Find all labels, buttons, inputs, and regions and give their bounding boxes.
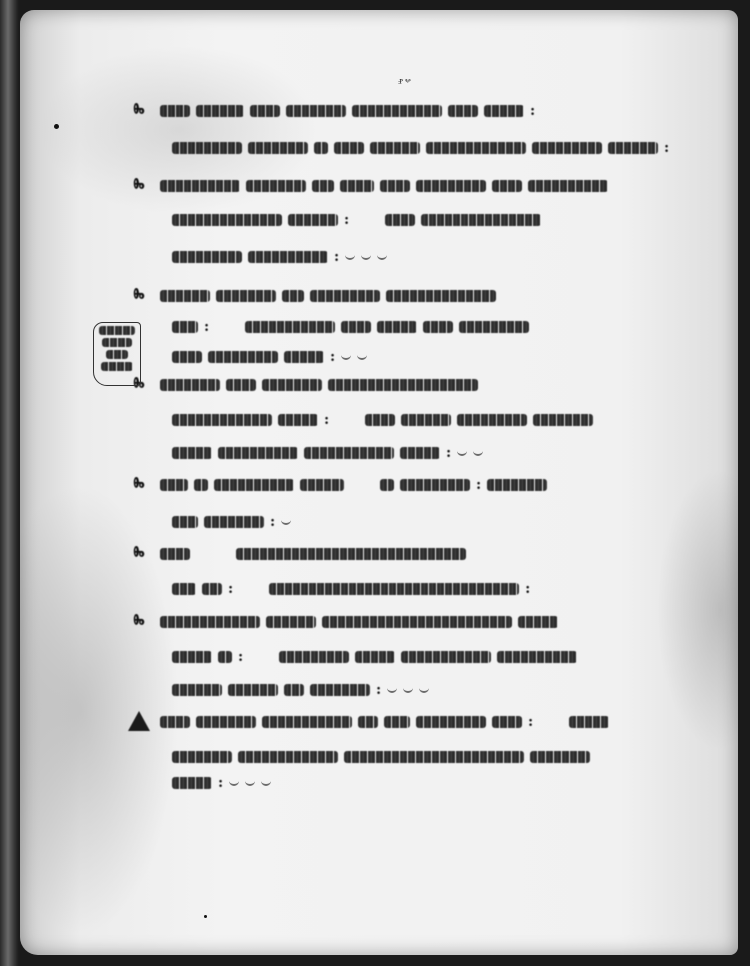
glagolitic-word (262, 379, 322, 391)
manuscript-line: : (160, 478, 547, 492)
glagolitic-word (533, 414, 593, 426)
punctuation-mark: : (334, 249, 339, 265)
punctuation-mark: : (376, 682, 381, 698)
glagolitic-word (172, 777, 212, 789)
paragraph-initial: ⰸ (128, 285, 150, 305)
glagolitic-word (248, 142, 308, 154)
glagolitic-word (172, 351, 202, 363)
punctuation-mark: : (270, 514, 275, 530)
manuscript-line: : (172, 213, 541, 227)
glagolitic-word (284, 351, 324, 363)
manuscript-line (160, 615, 558, 629)
glagolitic-word (400, 479, 470, 491)
glagolitic-word (246, 180, 306, 192)
line-filler-mark (387, 688, 397, 693)
glagolitic-word (492, 180, 522, 192)
glagolitic-word (518, 616, 558, 628)
glagolitic-word (248, 251, 328, 263)
glagolitic-word (196, 105, 244, 117)
glagolitic-word (423, 321, 453, 333)
manuscript-line: : (172, 413, 593, 427)
margin-note-word (106, 350, 128, 359)
glagolitic-word (194, 479, 208, 491)
line-filler-mark (281, 520, 291, 525)
ink-spot (54, 124, 59, 129)
glagolitic-word (358, 716, 378, 728)
glagolitic-word (370, 142, 420, 154)
line-filler-mark (261, 781, 271, 786)
glagolitic-word (204, 516, 264, 528)
glagolitic-word (314, 142, 328, 154)
folio-number: ⱀⰲ (398, 78, 413, 88)
punctuation-mark: : (530, 103, 535, 119)
manuscript-line: : (172, 320, 529, 334)
manuscript-line: : (160, 104, 535, 118)
line-filler-mark (361, 255, 371, 260)
glagolitic-word (160, 479, 188, 491)
glagolitic-word (172, 684, 222, 696)
glagolitic-word (172, 516, 198, 528)
line-filler-mark (229, 781, 239, 786)
margin-note-word (102, 338, 132, 347)
glagolitic-word (172, 251, 242, 263)
glagolitic-word (300, 479, 344, 491)
glagolitic-word (530, 751, 590, 763)
glagolitic-word (288, 214, 338, 226)
glagolitic-word (250, 105, 280, 117)
punctuation-mark: : (228, 581, 233, 597)
punctuation-mark: : (324, 412, 329, 428)
glagolitic-word (352, 105, 442, 117)
glagolitic-word (380, 180, 410, 192)
manuscript-line: : (172, 650, 577, 664)
glagolitic-word (532, 142, 602, 154)
glagolitic-word (160, 290, 210, 302)
line-filler-mark (377, 255, 387, 260)
glagolitic-word (282, 290, 304, 302)
glagolitic-word (266, 616, 316, 628)
glagolitic-word (160, 379, 220, 391)
manuscript-line: : (172, 515, 291, 529)
glagolitic-word (608, 142, 658, 154)
glagolitic-word (344, 751, 524, 763)
glagolitic-word (426, 142, 526, 154)
glagolitic-word (172, 651, 212, 663)
glagolitic-word (459, 321, 529, 333)
glagolitic-word (286, 105, 346, 117)
paragraph-initial: ⰸ (128, 175, 150, 195)
glagolitic-word (269, 583, 519, 595)
glagolitic-word (196, 716, 256, 728)
glagolitic-word (340, 180, 374, 192)
punctuation-mark: : (476, 477, 481, 493)
line-filler-mark (357, 355, 367, 360)
paragraph-initial: ⰸ (128, 474, 150, 494)
margin-note-word (99, 326, 135, 335)
manuscript-line: : (172, 250, 387, 264)
glagolitic-word (377, 321, 417, 333)
glagolitic-word (416, 180, 486, 192)
glagolitic-word (202, 583, 222, 595)
line-filler-mark (345, 255, 355, 260)
glagolitic-word (421, 214, 541, 226)
glagolitic-word (226, 379, 256, 391)
paragraph-initial (128, 711, 150, 731)
glagolitic-word (380, 479, 394, 491)
punctuation-mark: : (330, 349, 335, 365)
glagolitic-word (228, 684, 278, 696)
line-filler-mark (473, 451, 483, 456)
manuscript-line: : (172, 350, 367, 364)
punctuation-mark: : (664, 140, 669, 156)
glagolitic-word (172, 583, 196, 595)
punctuation-mark: : (218, 775, 223, 791)
manuscript-line (160, 547, 466, 561)
glagolitic-word (385, 214, 415, 226)
glagolitic-word (304, 447, 394, 459)
glagolitic-word (484, 105, 524, 117)
glagolitic-word (172, 414, 272, 426)
manuscript-line: : (172, 446, 483, 460)
glagolitic-word (236, 548, 466, 560)
manuscript-line (160, 179, 608, 193)
glagolitic-word (341, 321, 371, 333)
line-filler-mark (457, 451, 467, 456)
margin-note (93, 322, 141, 386)
manuscript-line: : (172, 141, 669, 155)
paragraph-initial: ⰸ (128, 100, 150, 120)
glagolitic-word (355, 651, 395, 663)
punctuation-mark: : (446, 445, 451, 461)
glagolitic-word (172, 214, 282, 226)
glagolitic-word (245, 321, 335, 333)
glagolitic-word (492, 716, 522, 728)
ink-spot (204, 915, 207, 918)
glagolitic-word (312, 180, 334, 192)
manuscript-line (160, 378, 478, 392)
glagolitic-word (386, 290, 496, 302)
glagolitic-word (172, 751, 232, 763)
glagolitic-word (322, 616, 512, 628)
glagolitic-word (528, 180, 608, 192)
manuscript-line (160, 289, 496, 303)
line-filler-mark (341, 355, 351, 360)
glagolitic-word (160, 180, 240, 192)
glagolitic-word (214, 479, 294, 491)
glagolitic-word (160, 616, 260, 628)
punctuation-mark: : (525, 581, 530, 597)
line-filler-mark (245, 781, 255, 786)
glagolitic-word (262, 716, 352, 728)
glagolitic-word (172, 321, 198, 333)
glagolitic-word (384, 716, 410, 728)
manuscript-line: : (160, 715, 609, 729)
punctuation-mark: : (204, 319, 209, 335)
glagolitic-word (328, 379, 478, 391)
glagolitic-word (448, 105, 478, 117)
glagolitic-word (172, 447, 212, 459)
glagolitic-word (401, 414, 451, 426)
glagolitic-word (487, 479, 547, 491)
glagolitic-word (172, 142, 242, 154)
glagolitic-word (238, 751, 338, 763)
paragraph-initial: ⰸ (128, 611, 150, 631)
glagolitic-word (400, 447, 440, 459)
line-filler-mark (403, 688, 413, 693)
manuscript-line: :: (172, 582, 530, 596)
glagolitic-word (160, 548, 190, 560)
glagolitic-word (310, 684, 370, 696)
glagolitic-word (218, 447, 298, 459)
glagolitic-word (365, 414, 395, 426)
glagolitic-word (284, 684, 304, 696)
punctuation-mark: : (238, 649, 243, 665)
glagolitic-word (160, 716, 190, 728)
glagolitic-word (497, 651, 577, 663)
glagolitic-word (216, 290, 276, 302)
line-filler-mark (419, 688, 429, 693)
punctuation-mark: : (528, 714, 533, 730)
glagolitic-word (278, 414, 318, 426)
paragraph-initial: ⰸ (128, 543, 150, 563)
glagolitic-word (218, 651, 232, 663)
punctuation-mark: : (344, 212, 349, 228)
manuscript-line (172, 750, 590, 764)
manuscript-line: : (172, 683, 429, 697)
manuscript-line: : (172, 776, 271, 790)
glagolitic-word (310, 290, 380, 302)
glagolitic-word (569, 716, 609, 728)
glagolitic-word (208, 351, 278, 363)
glagolitic-word (401, 651, 491, 663)
glagolitic-word (279, 651, 349, 663)
glagolitic-word (334, 142, 364, 154)
glagolitic-word (416, 716, 486, 728)
glagolitic-word (160, 105, 190, 117)
glagolitic-word (457, 414, 527, 426)
margin-note-word (101, 362, 133, 371)
